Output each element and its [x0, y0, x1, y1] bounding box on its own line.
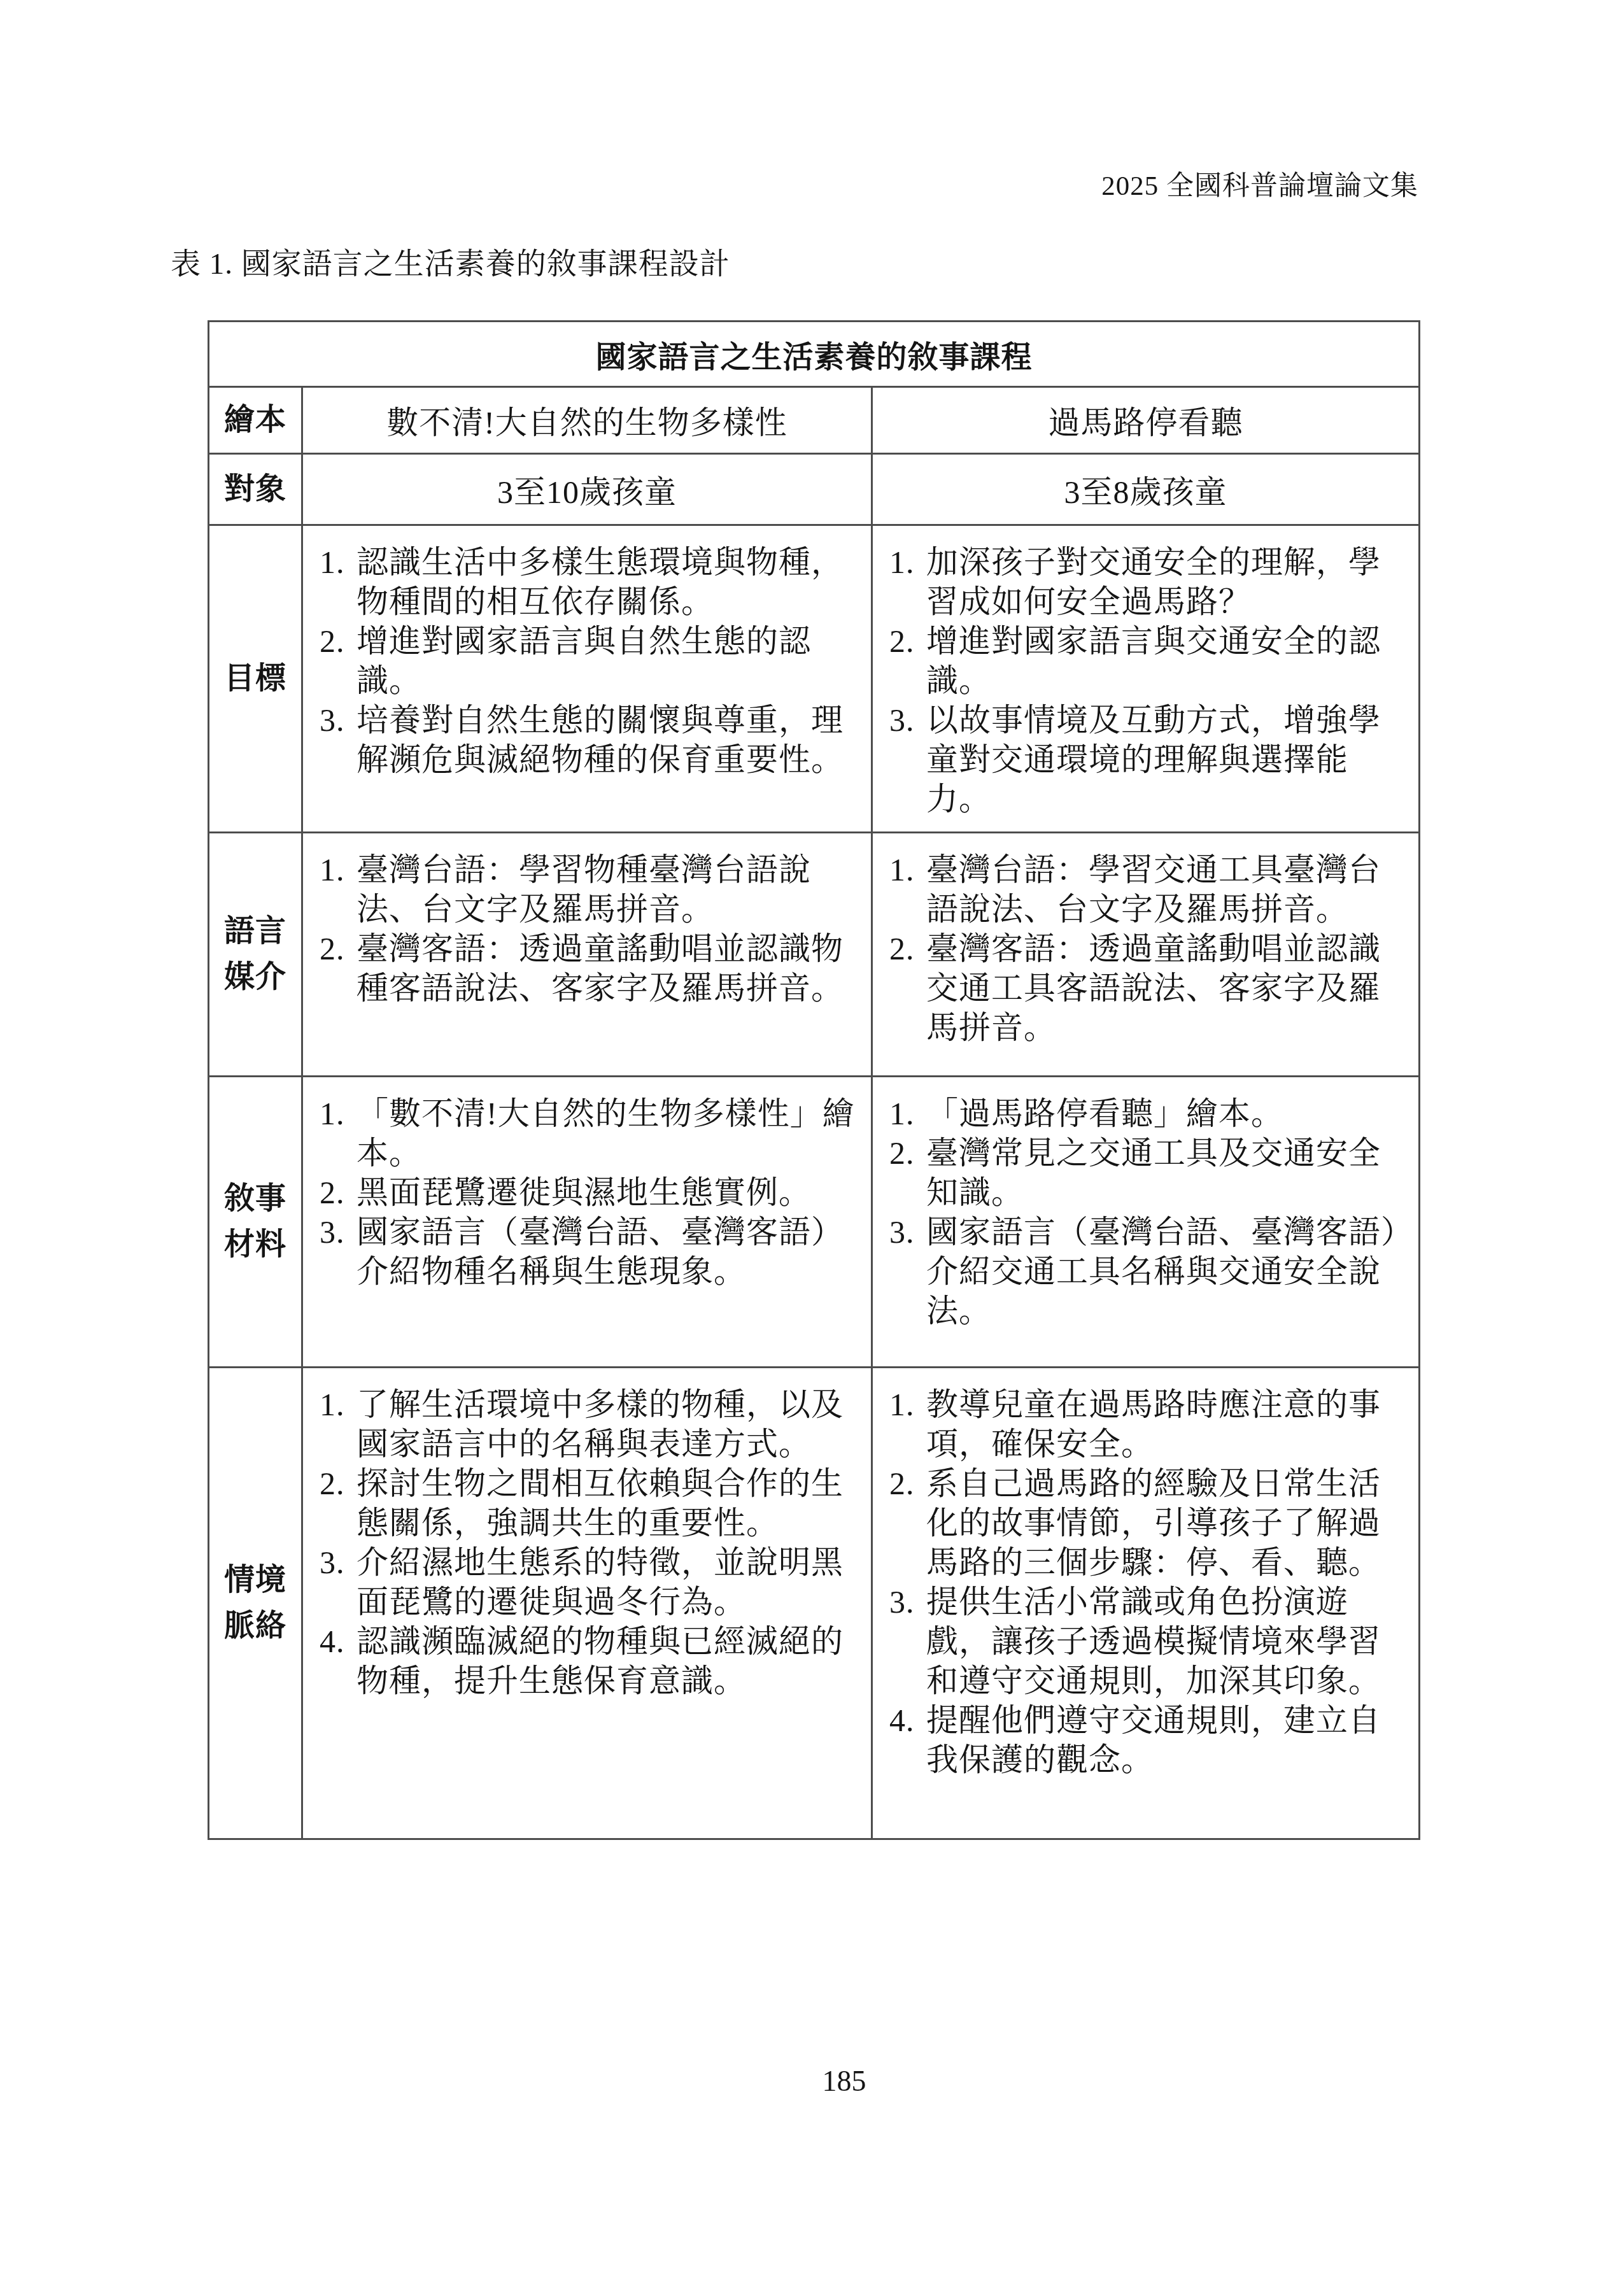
item-number: 1. — [889, 1094, 915, 1133]
item-number: 1. — [320, 1094, 345, 1133]
item-text: 了解生活環境中多樣的物種，以及國家語言中的名稱與表達方式。 — [357, 1387, 844, 1462]
item-number: 1. — [320, 1385, 345, 1424]
item-text: 培養對自然生態的關懷與尊重，理解瀕危與滅絕物種的保育重要性。 — [357, 702, 844, 777]
list-item: 1.「數不清!大自然的生物多樣性」繪本。 — [320, 1094, 856, 1173]
list-item: 2.黑面琵鷺遷徙與濕地生態實例。 — [320, 1173, 856, 1212]
item-number: 3. — [320, 1543, 345, 1582]
row-label: 情境脈絡 — [209, 1368, 302, 1839]
document-page: 2025 全國科普論壇論文集 表 1. 國家語言之生活素養的敘事課程設計 國家語… — [0, 0, 1624, 2278]
list-item: 2.增進對國家語言與自然生態的認識。 — [320, 621, 856, 700]
list-item: 4.提醒他們遵守交通規則，建立自我保護的觀念。 — [889, 1701, 1403, 1779]
item-text: 探討生物之間相互依賴與合作的生態關係，強調共生的重要性。 — [357, 1466, 844, 1541]
language-medium-right: 1.臺灣台語：學習交通工具臺灣台語說法、台文字及羅馬拼音。 2.臺灣客語：透過童… — [872, 833, 1420, 1077]
item-text: 認識瀕臨滅絕的物種與已經滅絕的物種，提升生態保育意識。 — [357, 1624, 844, 1699]
item-number: 2. — [320, 1464, 345, 1503]
item-number: 2. — [320, 621, 345, 661]
list-item: 1.教導兒童在過馬路時應注意的事項，確保安全。 — [889, 1385, 1403, 1464]
item-number: 3. — [889, 700, 915, 740]
curriculum-table: 國家語言之生活素養的敘事課程 繪本 數不清!大自然的生物多樣性 過馬路停看聽 對… — [208, 320, 1420, 1840]
list-item: 1.「過馬路停看聽」繪本。 — [889, 1094, 1403, 1133]
list-item: 2.臺灣常見之交通工具及交通安全知識。 — [889, 1133, 1403, 1212]
language-medium-left: 1.臺灣台語：學習物種臺灣台語說法、台文字及羅馬拼音。 2.臺灣客語：透過童謠動… — [302, 833, 872, 1077]
table-row: 繪本 數不清!大自然的生物多樣性 過馬路停看聽 — [209, 387, 1420, 454]
list-item: 3.介紹濕地生態系的特徵，並說明黑面琵鷺的遷徙與過冬行為。 — [320, 1543, 856, 1622]
row-label: 繪本 — [209, 387, 302, 454]
item-text: 臺灣常見之交通工具及交通安全知識。 — [926, 1135, 1381, 1210]
item-number: 4. — [889, 1701, 915, 1740]
item-text: 增進對國家語言與交通安全的認識。 — [926, 623, 1381, 698]
list-item: 3.以故事情境及互動方式，增強學童對交通環境的理解與選擇能力。 — [889, 700, 1403, 819]
table-row: 對象 3至10歲孩童 3至8歲孩童 — [209, 454, 1420, 525]
item-text: 臺灣客語：透過童謠動唱並認識物種客語說法、客家字及羅馬拼音。 — [357, 931, 844, 1006]
list-item: 1.臺灣台語：學習交通工具臺灣台語說法、台文字及羅馬拼音。 — [889, 850, 1403, 929]
page-number: 185 — [823, 2065, 866, 2098]
item-text: 增進對國家語言與自然生態的認識。 — [357, 623, 811, 698]
list-item: 1.了解生活環境中多樣的物種，以及國家語言中的名稱與表達方式。 — [320, 1385, 856, 1464]
narrative-materials-left: 1.「數不清!大自然的生物多樣性」繪本。 2.黑面琵鷺遷徙與濕地生態實例。 3.… — [302, 1077, 872, 1368]
list-item: 2.臺灣客語：透過童謠動唱並認識交通工具客語說法、客家字及羅馬拼音。 — [889, 929, 1403, 1047]
item-text: 提醒他們遵守交通規則，建立自我保護的觀念。 — [926, 1702, 1381, 1778]
list-item: 2.系自己過馬路的經驗及日常生活化的故事情節，引導孩子了解過馬路的三個步驟：停、… — [889, 1464, 1403, 1582]
item-number: 2. — [889, 1133, 915, 1173]
table-row: 語言媒介 1.臺灣台語：學習物種臺灣台語說法、台文字及羅馬拼音。 2.臺灣客語：… — [209, 833, 1420, 1077]
item-text: 「數不清!大自然的生物多樣性」繪本。 — [357, 1096, 855, 1171]
item-text: 介紹濕地生態系的特徵，並說明黑面琵鷺的遷徙與過冬行為。 — [357, 1545, 844, 1620]
row-label: 語言媒介 — [209, 833, 302, 1077]
list-item: 3.提供生活小常識或角色扮演遊戲，讓孩子透過模擬情境來學習和遵守交通規則，加深其… — [889, 1582, 1403, 1701]
item-number: 3. — [889, 1212, 915, 1252]
audience-left: 3至10歲孩童 — [302, 454, 872, 525]
list-item: 4.認識瀕臨滅絕的物種與已經滅絕的物種，提升生態保育意識。 — [320, 1622, 856, 1701]
item-text: 系自己過馬路的經驗及日常生活化的故事情節，引導孩子了解過馬路的三個步驟：停、看、… — [926, 1466, 1381, 1580]
row-label: 對象 — [209, 454, 302, 525]
item-text: 臺灣客語：透過童謠動唱並認識交通工具客語說法、客家字及羅馬拼音。 — [926, 931, 1381, 1045]
row-label: 目標 — [209, 525, 302, 833]
goals-left: 1.認識生活中多樣生態環境與物種，物種間的相互依存關係。 2.增進對國家語言與自… — [302, 525, 872, 833]
item-number: 1. — [889, 1385, 915, 1424]
list-item: 2.探討生物之間相互依賴與合作的生態關係，強調共生的重要性。 — [320, 1464, 856, 1543]
list-item: 1.加深孩子對交通安全的理解，學習成如何安全過馬路？ — [889, 542, 1403, 621]
item-number: 1. — [320, 850, 345, 889]
row-label: 敘事材料 — [209, 1077, 302, 1368]
goals-right: 1.加深孩子對交通安全的理解，學習成如何安全過馬路？ 2.增進對國家語言與交通安… — [872, 525, 1420, 833]
item-number: 2. — [889, 1464, 915, 1503]
list-item: 2.臺灣客語：透過童謠動唱並認識物種客語說法、客家字及羅馬拼音。 — [320, 929, 856, 1008]
table-row: 目標 1.認識生活中多樣生態環境與物種，物種間的相互依存關係。 2.增進對國家語… — [209, 525, 1420, 833]
item-text: 黑面琵鷺遷徙與濕地生態實例。 — [357, 1175, 811, 1210]
picture-book-right: 過馬路停看聽 — [872, 387, 1420, 454]
item-number: 1. — [320, 542, 345, 582]
item-number: 2. — [320, 1173, 345, 1212]
table-row: 情境脈絡 1.了解生活環境中多樣的物種，以及國家語言中的名稱與表達方式。 2.探… — [209, 1368, 1420, 1839]
picture-book-left: 數不清!大自然的生物多樣性 — [302, 387, 872, 454]
item-number: 4. — [320, 1622, 345, 1661]
table-caption: 表 1. 國家語言之生活素養的敘事課程設計 — [171, 247, 730, 281]
item-text: 提供生活小常識或角色扮演遊戲，讓孩子透過模擬情境來學習和遵守交通規則，加深其印象… — [926, 1584, 1381, 1699]
item-text: 「過馬路停看聽」繪本。 — [926, 1096, 1283, 1131]
list-item: 3.培養對自然生態的關懷與尊重，理解瀕危與滅絕物種的保育重要性。 — [320, 700, 856, 779]
item-text: 加深孩子對交通安全的理解，學習成如何安全過馬路？ — [926, 544, 1381, 619]
list-item: 1.認識生活中多樣生態環境與物種，物種間的相互依存關係。 — [320, 542, 856, 621]
context-left: 1.了解生活環境中多樣的物種，以及國家語言中的名稱與表達方式。 2.探討生物之間… — [302, 1368, 872, 1839]
item-text: 教導兒童在過馬路時應注意的事項，確保安全。 — [926, 1387, 1381, 1462]
item-text: 以故事情境及互動方式，增強學童對交通環境的理解與選擇能力。 — [926, 702, 1381, 817]
item-text: 臺灣台語：學習交通工具臺灣台語說法、台文字及羅馬拼音。 — [926, 852, 1381, 927]
item-number: 2. — [889, 929, 915, 968]
item-number: 2. — [889, 621, 915, 661]
context-right: 1.教導兒童在過馬路時應注意的事項，確保安全。 2.系自己過馬路的經驗及日常生活… — [872, 1368, 1420, 1839]
item-number: 2. — [320, 929, 345, 968]
item-number: 1. — [889, 850, 915, 889]
item-text: 臺灣台語：學習物種臺灣台語說法、台文字及羅馬拼音。 — [357, 852, 811, 927]
item-number: 3. — [320, 1212, 345, 1252]
narrative-materials-right: 1.「過馬路停看聽」繪本。 2.臺灣常見之交通工具及交通安全知識。 3.國家語言… — [872, 1077, 1420, 1368]
item-number: 3. — [320, 700, 345, 740]
list-item: 2.增進對國家語言與交通安全的認識。 — [889, 621, 1403, 700]
item-number: 1. — [889, 542, 915, 582]
item-text: 國家語言（臺灣台語、臺灣客語）介紹交通工具名稱與交通安全說法。 — [926, 1214, 1397, 1329]
table-row: 敘事材料 1.「數不清!大自然的生物多樣性」繪本。 2.黑面琵鷺遷徙與濕地生態實… — [209, 1077, 1420, 1368]
audience-right: 3至8歲孩童 — [872, 454, 1420, 525]
table-title-row: 國家語言之生活素養的敘事課程 — [209, 322, 1420, 387]
list-item: 1.臺灣台語：學習物種臺灣台語說法、台文字及羅馬拼音。 — [320, 850, 856, 929]
page-header: 2025 全國科普論壇論文集 — [208, 171, 1418, 202]
item-number: 3. — [889, 1582, 915, 1622]
item-text: 國家語言（臺灣台語、臺灣客語）介紹物種名稱與生態現象。 — [357, 1214, 844, 1289]
table-title: 國家語言之生活素養的敘事課程 — [209, 322, 1420, 387]
item-text: 認識生活中多樣生態環境與物種，物種間的相互依存關係。 — [357, 544, 844, 619]
list-item: 3.國家語言（臺灣台語、臺灣客語）介紹交通工具名稱與交通安全說法。 — [889, 1212, 1403, 1331]
list-item: 3.國家語言（臺灣台語、臺灣客語）介紹物種名稱與生態現象。 — [320, 1212, 856, 1291]
